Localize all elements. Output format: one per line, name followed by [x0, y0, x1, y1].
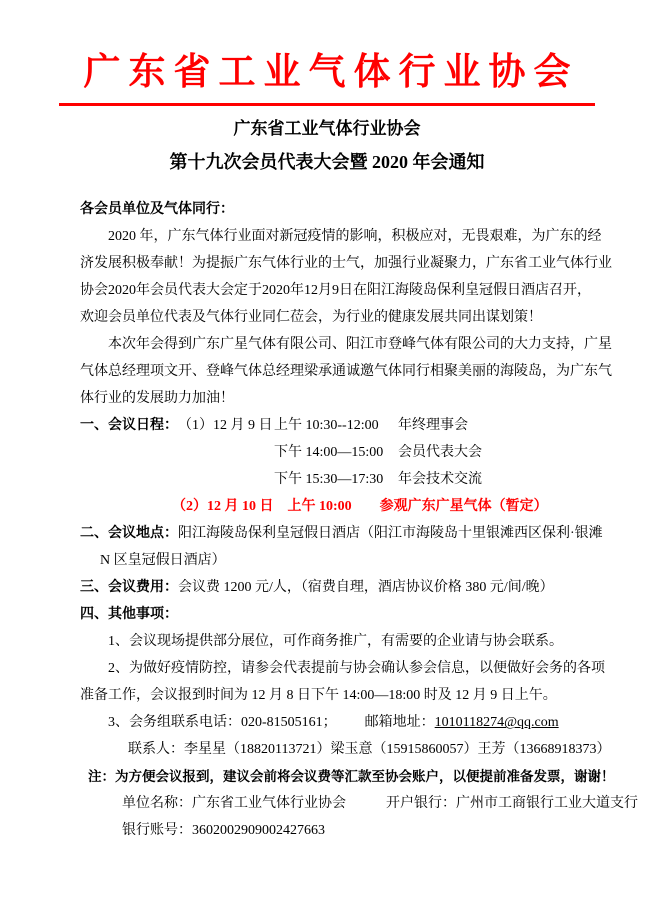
- salutation: 各会员单位及气体同行：: [80, 196, 598, 223]
- other-section-label: 四、其他事项：: [80, 601, 598, 628]
- document-page: 广东省工业气体行业协会 广东省工业气体行业协会 第十九次会员代表大会暨 2020…: [0, 0, 654, 923]
- agenda-day1-date: （1）12 月 9 日: [178, 412, 274, 439]
- phone-text: 3、会务组联系电话：020-81505161；: [108, 715, 337, 730]
- venue-text: 阳江海陵岛保利皇冠假日酒店（阳江市海陵岛十里银滩西区保利·银滩: [178, 526, 603, 541]
- account-no-label: 银行账号：: [122, 823, 192, 838]
- paragraph-line: 体行业的发展助力加油！: [80, 385, 598, 412]
- other-item3: 3、会务组联系电话：020-81505161；邮箱地址：1010118274@q…: [80, 709, 598, 736]
- agenda-time: 上午 10:30--12:00: [274, 412, 398, 439]
- paragraph-line: 协会2020年会员代表大会定于2020年12月9日在阳江海陵岛保利皇冠假日酒店召…: [80, 277, 598, 304]
- agenda-line-day1: 一、会议日程：（1）12 月 9 日上午 10:30--12:00年终理事会: [80, 412, 598, 439]
- venue-section-label: 二、会议地点：: [80, 526, 178, 541]
- agenda-event: 会员代表大会: [398, 445, 482, 460]
- email-label: 邮箱地址：: [365, 715, 435, 730]
- agenda-time: 下午 14:00—15:00: [274, 439, 398, 466]
- bank-name: 广州市工商银行工业大道支行: [456, 796, 638, 811]
- paragraph-line: 济发展积极奉献！为提振广东气体行业的士气，加强行业凝聚力，广东省工业气体行业: [80, 250, 598, 277]
- other-item1: 1、会议现场提供部分展位，可作商务推广，有需要的企业请与协会联系。: [80, 628, 598, 655]
- bank-label: 开户银行：: [386, 796, 456, 811]
- paragraph-line: 气体总经理项文开、登峰气体总经理梁承通诚邀气体同行相聚美丽的海陵岛，为广东气: [80, 358, 598, 385]
- agenda-section-label: 一、会议日程：: [80, 418, 178, 433]
- bank-account-line: 银行账号：3602002909002427663: [122, 817, 598, 844]
- fee-section-label: 三、会议费用：: [80, 580, 178, 595]
- red-divider: [59, 103, 595, 106]
- account-no: 3602002909002427663: [192, 823, 325, 838]
- agenda-line: 下午 15:30—17:30年会技术交流: [274, 466, 598, 493]
- venue-line2: N 区皇冠假日酒店）: [100, 547, 598, 574]
- fee-text: 会议费 1200 元/人，（宿费自理，酒店协议价格 380 元/间/晚）: [178, 580, 554, 595]
- agenda-event: 年会技术交流: [398, 472, 482, 487]
- paragraph-line: 欢迎会员单位代表及气体行业同仁莅会，为行业的健康发展共同出谋划策！: [80, 304, 598, 331]
- other-item2-line1: 2、为做好疫情防控，请参会代表提前与协会确认参会信息，以便做好会务的各项: [80, 655, 598, 682]
- document-body: 各会员单位及气体同行： 2020 年，广东气体行业面对新冠疫情的影响，积极应对，…: [80, 196, 598, 844]
- paragraph-line: 本次年会得到广东广星气体有限公司、阳江市登峰气体有限公司的大力支持，广星: [80, 331, 598, 358]
- email-link[interactable]: 1010118274@qq.com: [435, 715, 559, 730]
- paragraph-line: 2020 年，广东气体行业面对新冠疫情的影响，积极应对，无畏艰难，为广东的经: [80, 223, 598, 250]
- doc-title-line2: 第十九次会员代表大会暨 2020 年会通知: [0, 150, 654, 174]
- venue-line1: 二、会议地点：阳江海陵岛保利皇冠假日酒店（阳江市海陵岛十里银滩西区保利·银滩: [80, 520, 598, 547]
- bank-name-line: 单位名称：广东省工业气体行业协会开户银行：广州市工商银行工业大道支行: [122, 790, 598, 817]
- other-item2-line2: 准备工作，会议报到时间为 12 月 8 日下午 14:00—18:00 时及 1…: [80, 682, 598, 709]
- agenda-event: 年终理事会: [398, 418, 468, 433]
- note-line: 注：为方便会议报到，建议会前将会议费等汇款至协会账户，以便提前准备发票，谢谢！: [88, 763, 598, 790]
- contacts-line: 联系人：李星星（18820113721）梁玉意（15915860057）王芳（1…: [128, 736, 598, 763]
- agenda-time: 下午 15:30—17:30: [274, 466, 398, 493]
- agenda-line: 下午 14:00—15:00会员代表大会: [274, 439, 598, 466]
- account-name-label: 单位名称：: [122, 796, 192, 811]
- agenda-day2-red: （2）12 月 10 日 上午 10:00 参观广东广星气体（暂定）: [172, 493, 598, 520]
- fee-line: 三、会议费用：会议费 1200 元/人，（宿费自理，酒店协议价格 380 元/间…: [80, 574, 598, 601]
- banner-title: 广东省工业气体行业协会: [0, 0, 654, 96]
- doc-title-line1: 广东省工业气体行业协会: [0, 118, 654, 141]
- account-name: 广东省工业气体行业协会: [192, 796, 346, 811]
